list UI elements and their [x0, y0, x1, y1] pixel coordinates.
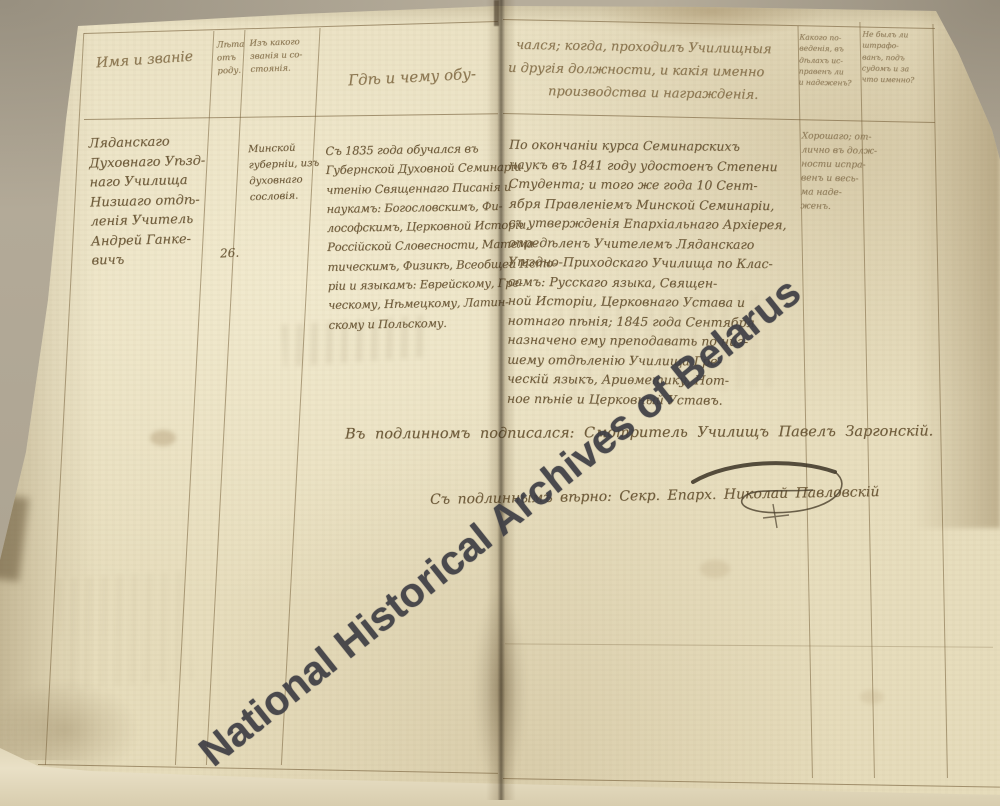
record-origin: Минской губерніи, изъ духовнаго сословія…: [248, 140, 321, 206]
record-conduct: Хорошаго; от- лично въ долж- ности испра…: [800, 129, 877, 214]
column-rule: [932, 24, 947, 778]
record-age: 26.: [220, 244, 240, 263]
header-cell-education-right-3: производства и награжденія.: [548, 82, 759, 105]
header-cell-conduct: Какого по- веденія, въ дѣлахъ ис- правен…: [799, 32, 853, 89]
header-cell-penalties: Не былъ ли штрафо- ванъ, подъ судомъ и з…: [862, 29, 916, 86]
header-cell-origin: Изъ какого званія и со- стоянія.: [249, 36, 303, 77]
folio-number: 69: [961, 4, 986, 32]
page-fold: [486, 0, 516, 800]
record-service: По окончаніи курса Семинарскихъ наукъ въ…: [507, 135, 787, 410]
signature-flourish: [685, 452, 865, 537]
record-name-rank: Ляданскаго Духовнаго Уѣзд- наго Училища …: [88, 132, 208, 271]
header-cell-age: Лѣта отъ роду.: [216, 39, 245, 79]
binding-thread: [494, 0, 499, 26]
archival-scan-photo: 69 Имя и званіе Лѣта отъ роду. Изъ каког…: [0, 0, 1000, 806]
